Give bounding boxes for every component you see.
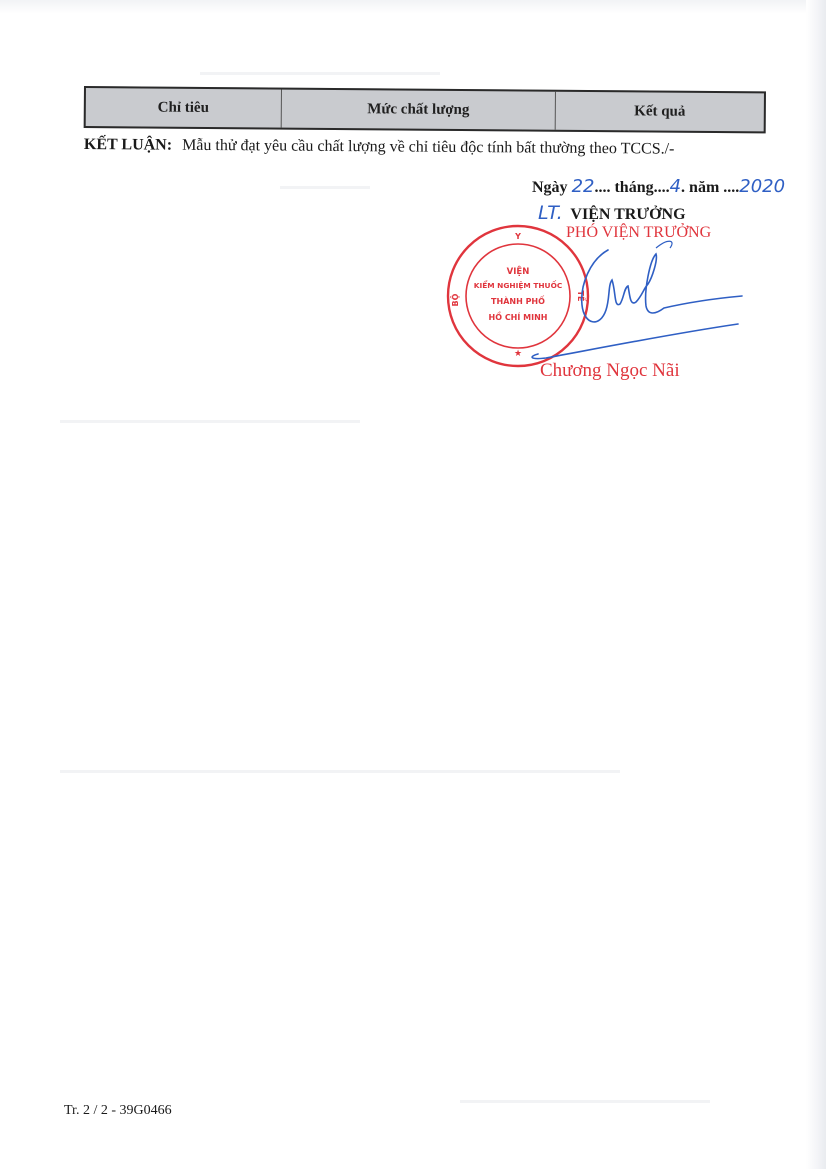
signer-name: Chương Ngọc Nãi [540,360,680,382]
handwritten-signature [520,230,750,370]
dots: .... [654,179,670,196]
dots: .... [594,179,610,196]
header-quality-level: Mức chất lượng [282,90,556,130]
header-result: Kết quả [556,92,764,132]
date-line: Ngày 22.... tháng....4. năm ....2020 [532,176,785,197]
bleed-through-mark [460,1100,710,1103]
page-reference: Tr. 2 / 2 - 39G0466 [64,1103,172,1119]
signer-title-text: VIỆN TRƯỞNG [570,206,685,223]
bleed-through-mark [60,420,360,423]
day-label: Ngày [532,179,568,196]
stamp-left-letters: BỘ [450,293,460,306]
conclusion-label: KẾT LUẬN: [84,136,172,154]
bleed-through-mark [280,186,370,189]
dots: .... [723,179,739,196]
bleed-through-mark [60,770,620,773]
conclusion: KẾT LUẬN: Mẫu thử đạt yêu cầu chất lượng… [84,136,675,159]
year-label: năm [689,179,719,196]
header-criteria: Chỉ tiêu [86,88,282,128]
conclusion-text: Mẫu thử đạt yêu cầu chất lượng về chỉ ti… [182,137,674,158]
result-table-header: Chỉ tiêu Mức chất lượng Kết quả [84,86,766,133]
bleed-through-mark [200,72,440,75]
month-value: 4 [670,176,681,197]
year-value: 2020 [739,176,785,197]
page-edge [806,0,826,1169]
signer-prefix: LT. [538,202,563,224]
month-label: tháng [614,179,653,196]
signer-title: LT. VIỆN TRƯỞNG [538,202,686,224]
day-value: 22 [572,176,595,197]
scan-shadow [0,0,826,14]
